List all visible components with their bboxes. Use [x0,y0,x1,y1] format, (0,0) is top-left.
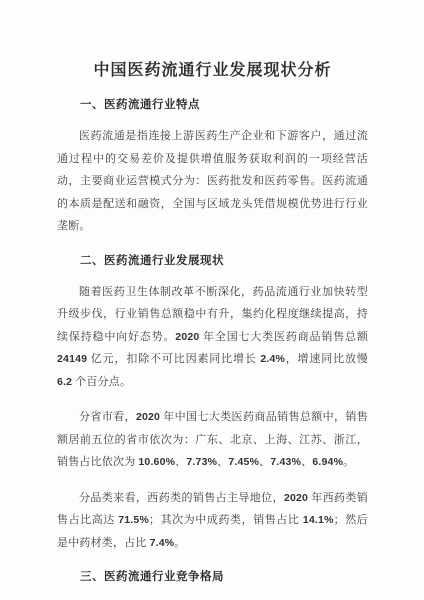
text-run: 。 [343,456,354,468]
text-run-number: 24149 [57,353,87,365]
document-title: 中国医药流通行业发展现状分析 [57,0,368,82]
text-run-number: 2020 [284,492,308,504]
text-run-number: 6.94% [312,456,343,468]
text-run: 医药流通是指连接上游医药生产企业和下游客户，通过流通过程中的交易差价及提供增值服… [57,130,368,232]
text-run: 年全国七大类医药商品销售总额 [199,331,368,343]
text-run-number: 71.5% [118,514,149,526]
text-run: 、 [301,456,312,468]
document-body: 中国医药流通行业发展现状分析 一、医药流通行业特点 医药流通是指连接上游医药生产… [57,0,368,584]
text-run-number: 14.1% [303,514,334,526]
paragraph-development-status: 随着医药卫生体制改革不断深化，药品流通行业加快转型升级步伐，行业销售总额稳中有升… [57,281,368,394]
paragraph-province-breakdown: 分省市看，2020 年中国七大类医药商品销售总额中，销售额居前五位的省市依次为：… [57,406,368,474]
text-run: 、 [217,456,228,468]
text-run-number: 7.4% [150,537,175,549]
paragraph-category-breakdown: 分品类来看，西药类的销售占主导地位，2020 年西药类销售占比高达 71.5%；… [57,487,368,555]
text-run-number: 7.73% [186,456,217,468]
text-run: 亿元，扣除不可比因素同比增长 [87,353,260,365]
text-run: ，增速同比放慢 [285,353,368,365]
text-run: 分品类来看，西药类的销售占主导地位， [79,492,284,504]
section-heading-2: 二、医药流通行业发展现状 [57,254,368,268]
section-heading-3: 三、医药流通行业竞争格局 [57,570,368,584]
text-run-number: 10.60% [138,456,175,468]
text-run-number: 2.4% [260,353,285,365]
text-run: 、 [259,456,270,468]
text-run: 。 [174,537,185,549]
text-run: 个百分点。 [72,376,131,388]
paragraph-industry-features: 医药流通是指连接上游医药生产企业和下游客户，通过流通过程中的交易差价及提供增值服… [57,125,368,238]
section-heading-1: 一、医药流通行业特点 [57,98,368,112]
text-run-number: 2020 [136,411,160,423]
text-run: 分省市看， [79,411,136,423]
document-page: 中国医药流通行业发展现状分析 一、医药流通行业特点 医药流通是指连接上游医药生产… [0,0,424,600]
text-run: ；其次为中成药类，销售占比 [149,514,303,526]
text-run: 、 [175,456,186,468]
text-run-number: 6.2 [57,376,72,388]
text-run-number: 7.45% [228,456,259,468]
text-run-number: 2020 [175,331,199,343]
text-run-number: 7.43% [270,456,301,468]
